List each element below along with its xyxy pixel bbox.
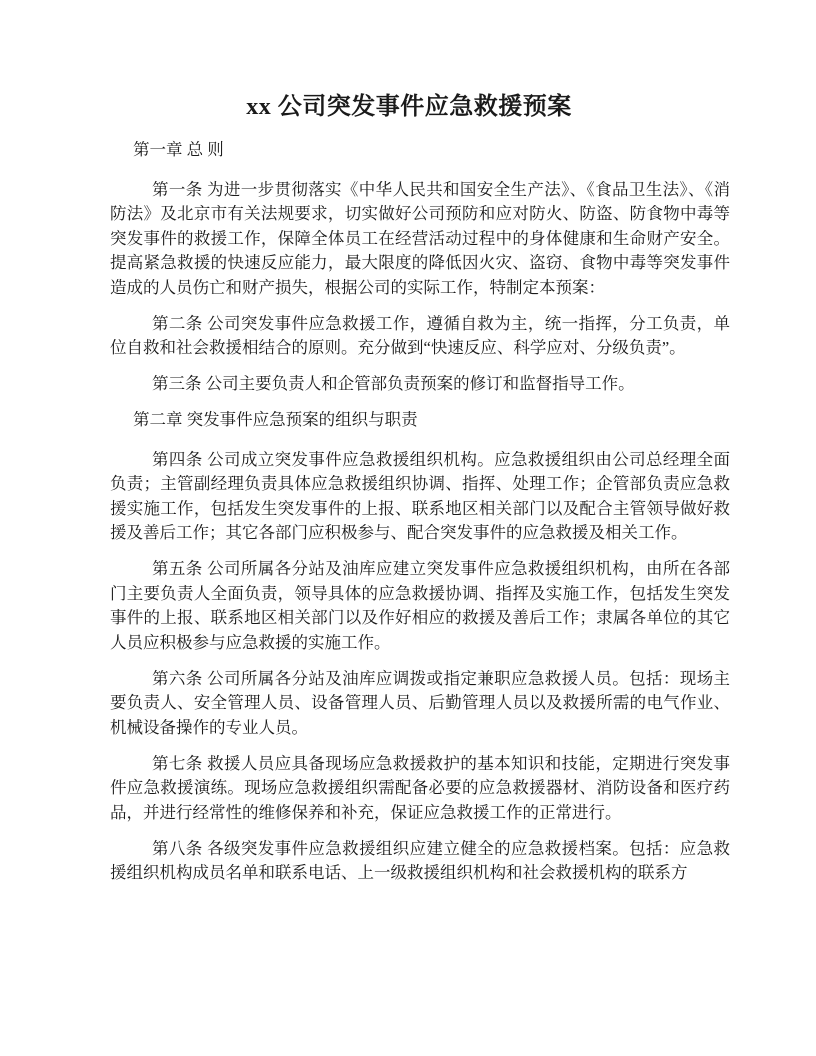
document-title: xx 公司突发事件应急救援预案 bbox=[88, 92, 730, 122]
document-page: xx 公司突发事件应急救援预案 第一章 总 则第一条 为进一步贯彻落实《中华人民… bbox=[0, 0, 816, 1056]
article-paragraph: 第七条 救援人员应具备现场应急救援救护的基本知识和技能，定期进行突发事件应急救援… bbox=[110, 752, 730, 826]
article-paragraph: 第六条 公司所属各分站及油库应调拨或指定兼职应急救援人员。包括：现场主要负责人、… bbox=[110, 667, 730, 741]
document-body: 第一章 总 则第一条 为进一步贯彻落实《中华人民共和国安全生产法》、《食品卫生法… bbox=[110, 138, 730, 886]
chapter-heading: 第一章 总 则 bbox=[110, 138, 730, 163]
article-paragraph: 第八条 各级突发事件应急救援组织应建立健全的应急救援档案。包括：应急救援组织机构… bbox=[110, 837, 730, 886]
article-paragraph: 第四条 公司成立突发事件应急救援组织机构。应急救援组织由公司总经理全面负责；主管… bbox=[110, 448, 730, 546]
article-paragraph: 第三条 公司主要负责人和企管部负责预案的修订和监督指导工作。 bbox=[110, 372, 730, 397]
article-paragraph: 第一条 为进一步贯彻落实《中华人民共和国安全生产法》、《食品卫生法》、《消防法》… bbox=[110, 178, 730, 301]
chapter-heading: 第二章 突发事件应急预案的组织与职责 bbox=[110, 408, 730, 433]
article-paragraph: 第二条 公司突发事件应急救援工作，遵循自救为主，统一指挥，分工负责，单位自救和社… bbox=[110, 312, 730, 361]
article-paragraph: 第五条 公司所属各分站及油库应建立突发事件应急救援组织机构，由所在各部门主要负责… bbox=[110, 557, 730, 655]
